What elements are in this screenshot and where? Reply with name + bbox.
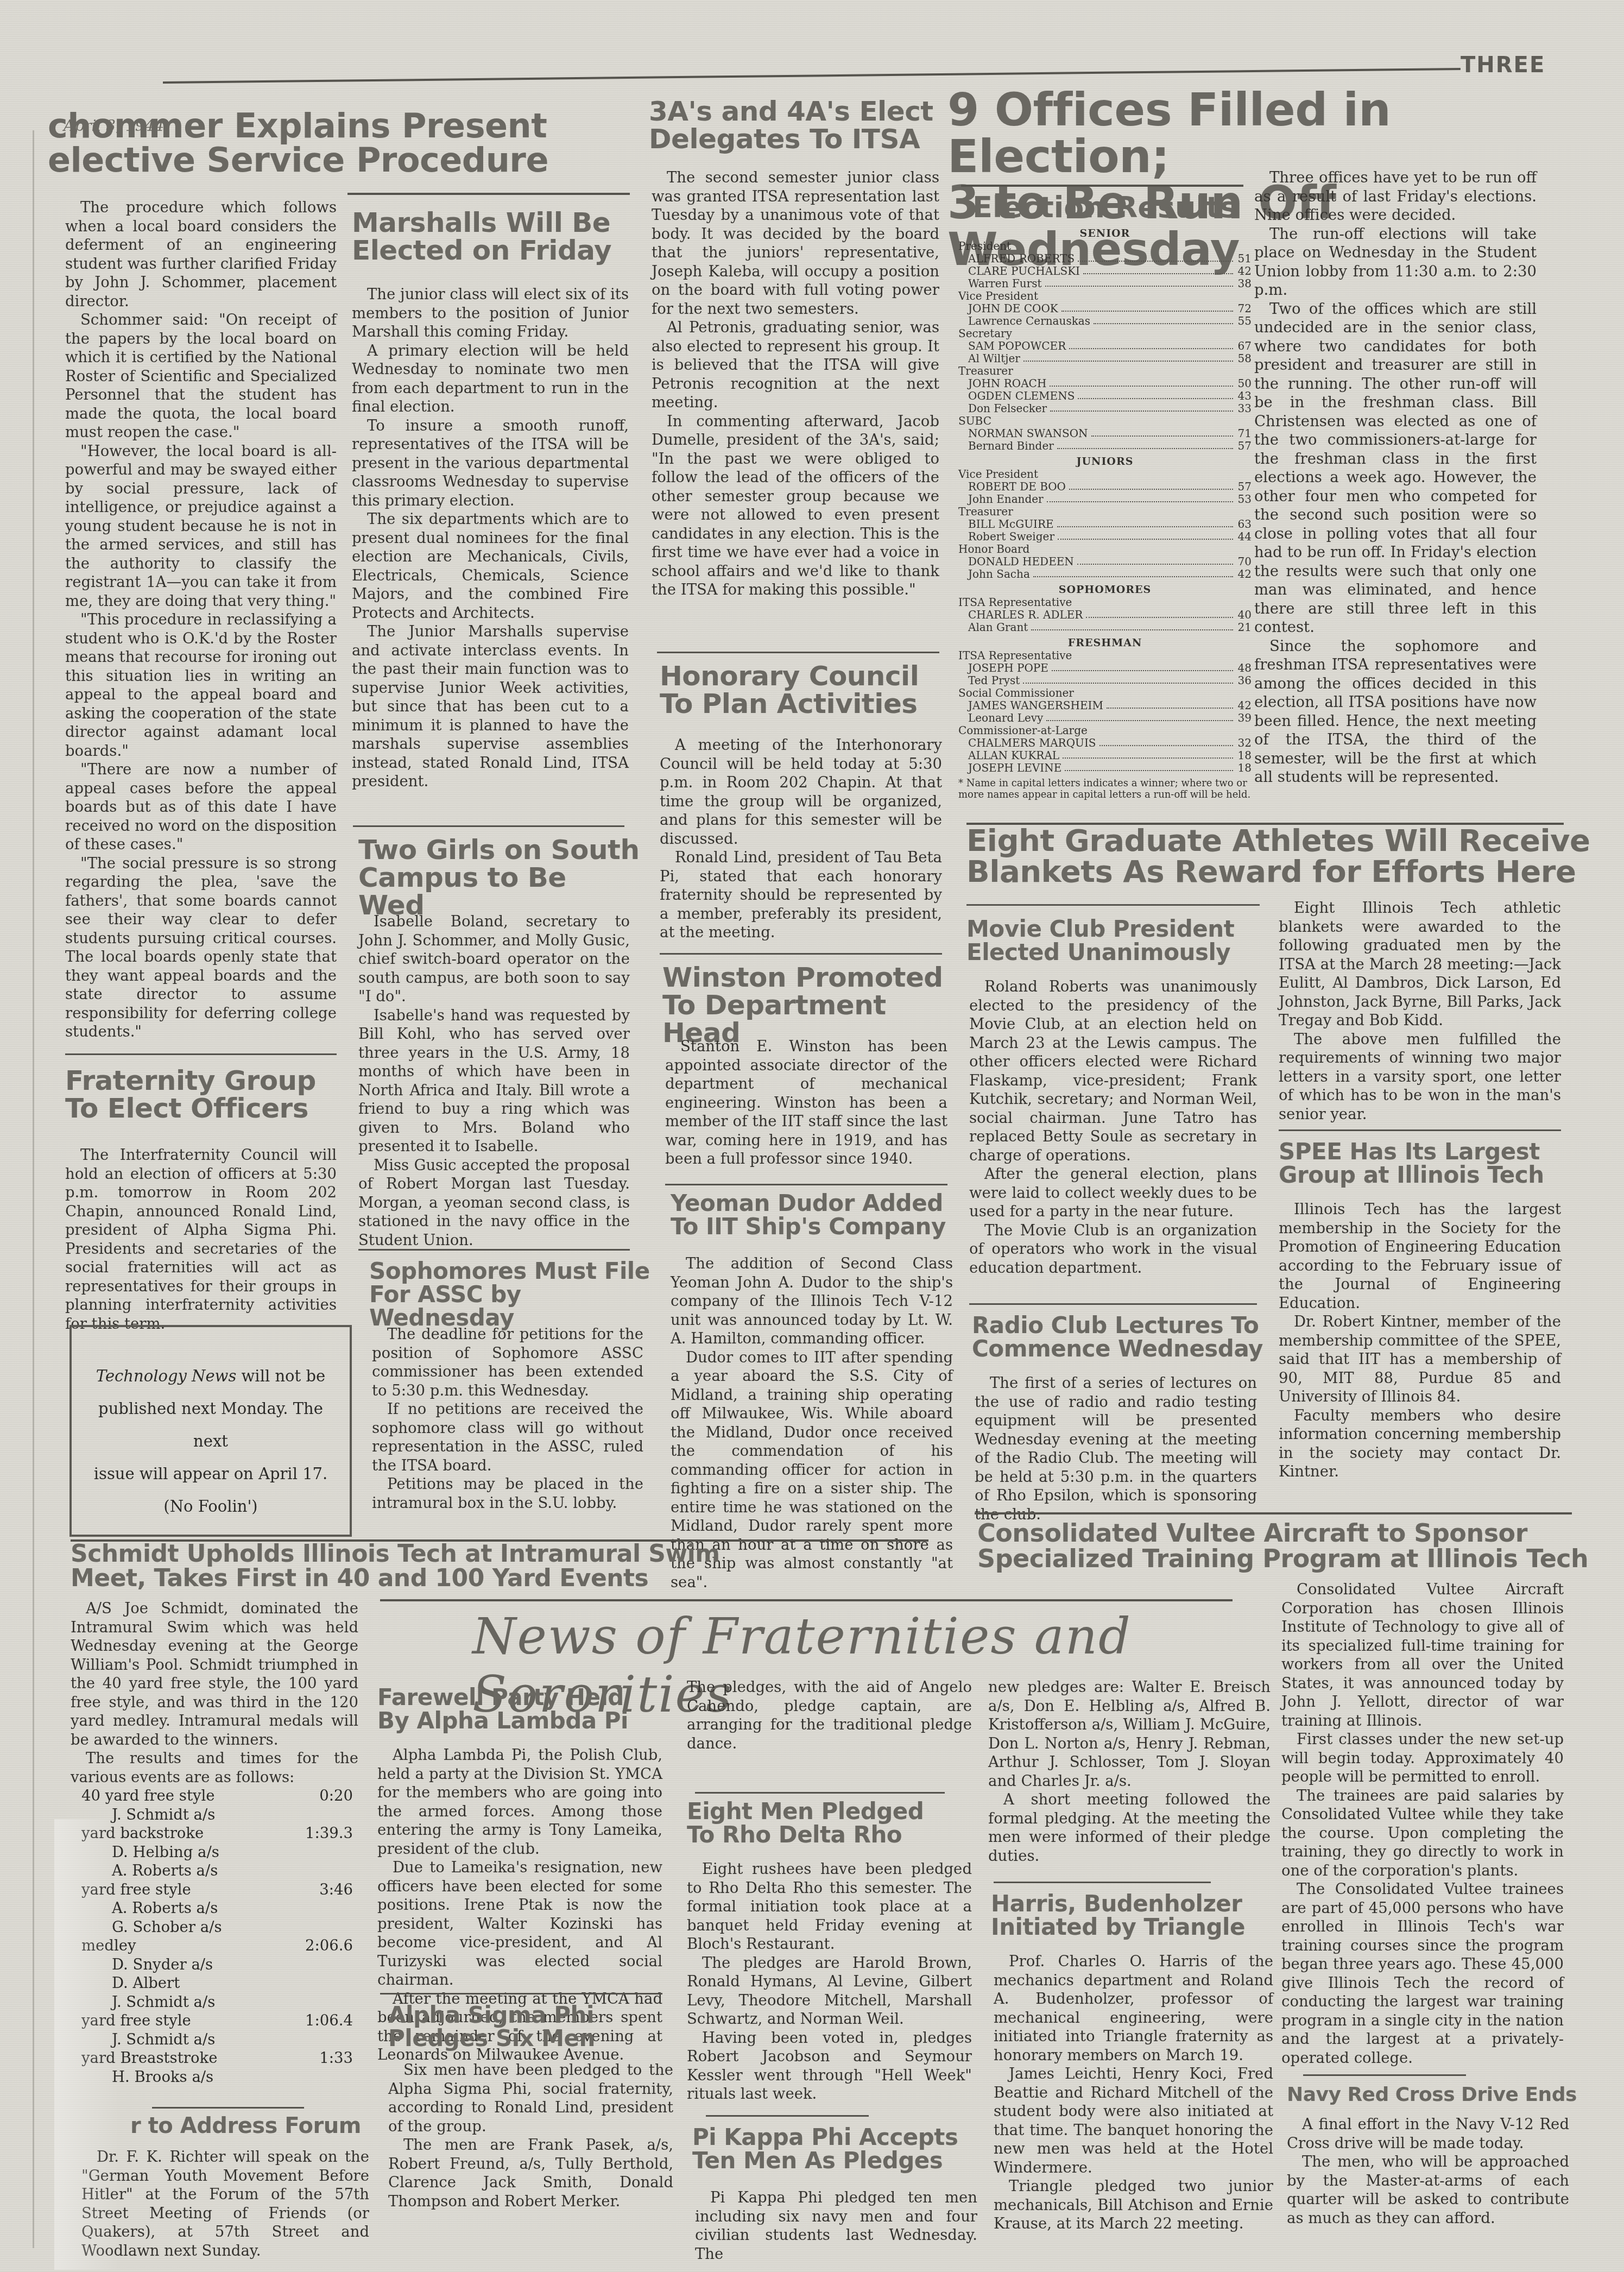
movie-club-body: Roland Roberts was unanimously elected t… (969, 977, 1257, 1277)
swimmer-name: D. Snyder a/s (81, 1955, 353, 1974)
candidate-row: Leonard Levy39 (958, 712, 1252, 724)
alpha-sigma-body: Six men have been pledged to the Alpha S… (388, 2061, 673, 2211)
candidate-row: Don Felsecker33 (958, 402, 1252, 415)
leader-dots (1077, 556, 1233, 565)
candidate-row: Ted Pryst36 (958, 674, 1252, 687)
candidate-name: OGDEN CLEMENS (968, 390, 1075, 402)
swim-event-row: yard free style1:06.4 (81, 2011, 353, 2030)
navy-red-cross-headline: Navy Red Cross Drive Ends (1287, 2085, 1591, 2105)
candidate-name: JOHN DE COOK (968, 302, 1058, 315)
swim-event-row: yard Breaststroke1:33 (81, 2049, 353, 2068)
radio-club-headline: Radio Club Lectures To Commence Wednesda… (972, 1314, 1276, 1361)
candidate-row: Al Wiltjer58 (958, 352, 1252, 365)
marshalls-body: The junior class will elect six of its m… (352, 285, 629, 791)
schommer-body: The procedure which follows when a local… (65, 198, 337, 1042)
candidate-name: Lawrence Cernauskas (968, 315, 1090, 327)
two-girls-headline: Two Girls on South Campus to Be Wed (358, 836, 641, 919)
candidate-row: DONALD HEDEEN70 (958, 556, 1252, 568)
candidate-name: Alan Grant (968, 621, 1028, 634)
class-heading: FRESHMAN (958, 637, 1252, 649)
yeoman-headline: Yeoman Dudor Added To IIT Ship's Company (671, 1192, 964, 1239)
candidate-row: SAM POPOWCER67 (958, 340, 1252, 352)
vote-count: 32 (1236, 737, 1252, 749)
vote-count: 42 (1236, 568, 1252, 580)
office-label: Treasurer (958, 506, 1252, 518)
sophomores-headline: Sophomores Must File For ASSC by Wednesd… (369, 1260, 652, 1329)
candidate-row: JOHN DE COOK72 (958, 302, 1252, 315)
leader-dots (1078, 390, 1233, 399)
vote-count: 71 (1236, 427, 1252, 440)
vote-count: 50 (1236, 377, 1252, 390)
swimmer-name: J. Schmidt a/s (81, 1993, 353, 2012)
leader-dots (1058, 531, 1233, 540)
divider (969, 1303, 1257, 1305)
vote-count: 57 (1236, 481, 1252, 493)
vote-count: 63 (1236, 518, 1252, 531)
vote-count: 51 (1236, 253, 1252, 265)
candidate-row: ROBERT DE BOO57 (958, 481, 1252, 493)
candidate-row: Bernard Binder57 (958, 440, 1252, 452)
vote-count: 40 (1236, 609, 1252, 621)
divider (1279, 1129, 1561, 1131)
leader-dots (1086, 609, 1233, 618)
vote-count: 38 (1236, 277, 1252, 290)
schmidt-headline: Schmidt Upholds Illinois Tech at Intramu… (71, 1542, 722, 1591)
vote-count: 57 (1236, 440, 1252, 452)
event-time: 1:06.4 (305, 2011, 353, 2030)
vote-count: 70 (1236, 556, 1252, 568)
vote-count: 48 (1236, 662, 1252, 674)
office-label: Vice President (958, 290, 1252, 302)
candidate-row: JOHN ROACH50 (958, 377, 1252, 390)
leader-dots (1069, 481, 1233, 490)
leader-dots (1099, 737, 1234, 746)
candidate-row: CHALMERS MARQUIS32 (958, 737, 1252, 749)
schmidt-body: A/S Joe Schmidt, dominated the Intramura… (71, 1599, 358, 1787)
schommer-headline: chommer Explains Present elective Servic… (48, 109, 591, 177)
forum-body: Dr. F. K. Richter will speak on the "Ger… (81, 2148, 369, 2260)
leader-dots (1063, 749, 1233, 759)
swimmer-name: D. Albert (81, 1974, 353, 1993)
leader-dots (1023, 352, 1233, 362)
leader-dots (1023, 674, 1233, 684)
candidate-name: Leonard Levy (968, 712, 1043, 724)
candidate-row: John Enander53 (958, 493, 1252, 506)
notice-box: Technology News will not be published ne… (69, 1325, 352, 1537)
leader-dots (1046, 712, 1233, 721)
leader-dots (1094, 315, 1233, 324)
swimmer-name: A. Roberts a/s (81, 1899, 353, 1918)
office-label: Social Commissioner (958, 687, 1252, 699)
leader-dots (1057, 440, 1233, 449)
leader-dots (1057, 518, 1233, 527)
divider (358, 1249, 630, 1251)
candidate-name: CHALMERS MARQUIS (968, 737, 1096, 749)
candidate-name: John Enander (968, 493, 1044, 506)
office-label: Honor Board (958, 543, 1252, 556)
divider (152, 2107, 304, 2109)
navy-red-cross-body: A final effort in the Navy V-12 Red Cros… (1287, 2115, 1569, 2227)
vote-count: 44 (1236, 531, 1252, 543)
leader-dots (1091, 427, 1233, 437)
office-label: President (958, 240, 1252, 253)
page-number: THREE (1461, 53, 1545, 78)
publication-name: Technology News (96, 1367, 236, 1385)
vote-count: 33 (1236, 402, 1252, 415)
candidate-row: JAMES WANGERSHEIM42 (958, 699, 1252, 712)
vote-count: 36 (1236, 674, 1252, 687)
office-label: Treasurer (958, 365, 1252, 377)
alpha-sigma-headline: Alpha Sigma Phi Pledges Six Men (388, 2004, 681, 2050)
nine-offices-body: Three offices have yet to be run off as … (1254, 168, 1537, 787)
honorary-headline: Honorary Council To Plan Activities (660, 662, 953, 718)
candidate-name: JOSEPH LEVINE (968, 762, 1061, 774)
pi-kappa-headline: Pi Kappa Phi Accepts Ten Men As Pledges (692, 2126, 985, 2173)
candidate-row: Robert Sweiger44 (958, 531, 1252, 543)
election-results-list: SENIORPresidentALFRED ROBERTS51CLARE PUC… (958, 228, 1252, 800)
swim-event-row: yard free style3:46 (81, 1880, 353, 1899)
event-time: 1:39.3 (305, 1824, 353, 1843)
vote-count: 55 (1236, 315, 1252, 327)
candidate-name: Don Felsecker (968, 402, 1047, 415)
candidate-row: ALFRED ROBERTS51 (958, 253, 1252, 265)
forum-headline: r to Address Forum (130, 2115, 380, 2137)
vote-count: 53 (1236, 493, 1252, 506)
fold-edge (33, 130, 34, 2248)
swim-results-list: 40 yard free style0:20J. Schmidt a/syard… (81, 1787, 353, 2086)
candidate-name: John Sacha (968, 568, 1030, 580)
spee-body: Illinois Tech has the largest membership… (1279, 1200, 1561, 1481)
class-heading: SOPHOMORES (958, 584, 1252, 596)
office-label: Vice President (958, 468, 1252, 481)
candidate-name: NORMAN SWANSON (968, 427, 1088, 440)
election-results-table: Election Results SENIORPresidentALFRED R… (958, 190, 1252, 800)
leader-dots (1050, 402, 1233, 412)
event-time: 2:06.6 (305, 1936, 353, 1955)
candidate-name: Robert Sweiger (968, 531, 1054, 543)
candidate-row: OGDEN CLEMENS43 (958, 390, 1252, 402)
farewell-headline: Farewell Party Held By Alpha Lambda Pi (377, 1686, 671, 1733)
event-time: 0:20 (319, 1787, 353, 1806)
swimmer-name: J. Schmidt a/s (81, 2030, 353, 2049)
vote-count: 18 (1236, 749, 1252, 762)
leader-dots (1033, 568, 1233, 577)
event-time: 3:46 (319, 1880, 353, 1899)
athletes-headline: Eight Graduate Athletes Will Receive Bla… (966, 825, 1591, 887)
office-label: ITSA Representative (958, 596, 1252, 609)
candidate-row: Warren Furst38 (958, 277, 1252, 290)
divider (347, 193, 630, 195)
leader-dots (1052, 662, 1233, 671)
divider (660, 953, 942, 955)
event-time: 1:33 (319, 2049, 353, 2068)
vote-count: 21 (1236, 621, 1252, 634)
honorary-body: A meeting of the Interhonorary Council w… (660, 736, 942, 942)
office-label: ITSA Representative (958, 649, 1252, 662)
delegates-body: The second semester junior class was gra… (652, 168, 939, 599)
vote-count: 43 (1236, 390, 1252, 402)
candidate-name: CLARE PUCHALSKI (968, 265, 1080, 277)
candidate-name: Al Wiltjer (968, 352, 1020, 365)
leader-dots (1045, 277, 1233, 287)
triangle-headline: Harris, Budenholzer Initiated by Triangl… (991, 1892, 1284, 1939)
divider (65, 1053, 337, 1055)
swim-event-row: medley2:06.6 (81, 1936, 353, 1955)
results-footnote: * Name in capital letters indicates a wi… (958, 778, 1252, 800)
newspaper-page: April 3, 1944 THREE chommer Explains Pre… (0, 0, 1624, 2272)
sophomores-body: The deadline for petitions for the posit… (372, 1325, 643, 1512)
event-name: 40 yard free style (81, 1787, 215, 1806)
office-label: Commissioner-at-Large (958, 724, 1252, 737)
divider (1303, 2074, 1466, 2076)
class-heading: JUNIORS (958, 456, 1252, 468)
office-label: SUBC (958, 415, 1252, 427)
radio-club-body: The first of a series of lectures on the… (975, 1374, 1257, 1524)
leader-dots (1050, 377, 1233, 387)
vote-count: 42 (1236, 699, 1252, 712)
swimmer-name: H. Brooks a/s (81, 2068, 353, 2087)
vote-count: 18 (1236, 762, 1252, 774)
leader-dots (1107, 699, 1233, 709)
swimmer-name: A. Roberts a/s (81, 1861, 353, 1880)
fraternity-group-headline: Fraternity Group To Elect Officers (65, 1067, 347, 1122)
swim-event-row: yard backstroke1:39.3 (81, 1824, 353, 1843)
vote-count: 42 (1236, 265, 1252, 277)
winston-body: Stanton E. Winston has been appointed as… (665, 1037, 947, 1169)
leader-dots (1078, 253, 1233, 262)
candidate-row: CHARLES R. ADLER40 (958, 609, 1252, 621)
vultee-headline: Consolidated Vultee Aircraft to Sponsor … (977, 1520, 1602, 1572)
vote-count: 58 (1236, 352, 1252, 365)
candidate-name: Bernard Binder (968, 440, 1054, 452)
masthead-rule (163, 68, 1461, 84)
candidate-row: JOSEPH POPE48 (958, 662, 1252, 674)
vote-count: 72 (1236, 302, 1252, 315)
fraternity-group-body: The Interfraternity Council will hold an… (65, 1146, 337, 1333)
candidate-row: CLARE PUCHALSKI42 (958, 265, 1252, 277)
athletes-body: Eight Illinois Tech athletic blankets we… (1279, 899, 1561, 1124)
spee-headline: SPEE Has Its Largest Group at Illinois T… (1279, 1140, 1583, 1187)
leader-dots (1031, 621, 1233, 630)
divider (966, 904, 1260, 906)
candidate-row: NORMAN SWANSON71 (958, 427, 1252, 440)
office-label: Secretary (958, 327, 1252, 340)
candidate-name: Warren Furst (968, 277, 1042, 290)
candidate-row: BILL McGUIRE63 (958, 518, 1252, 531)
leader-dots (1083, 265, 1233, 274)
candidate-name: CHARLES R. ADLER (968, 609, 1083, 621)
divider (657, 652, 939, 653)
candidate-name: ALFRED ROBERTS (968, 253, 1075, 265)
candidate-name: Ted Pryst (968, 674, 1020, 687)
leader-dots (1047, 493, 1233, 502)
candidate-name: BILL McGUIRE (968, 518, 1054, 531)
vote-count: 67 (1236, 340, 1252, 352)
leader-dots (1069, 340, 1233, 349)
rho-delta-headline: Eight Men Pledged To Rho Delta Rho (687, 1800, 980, 1847)
divider (994, 1882, 1211, 1883)
movie-club-headline: Movie Club President Elected Unanimously (966, 918, 1271, 964)
candidate-row: Alan Grant21 (958, 621, 1252, 634)
candidate-name: JOSEPH POPE (968, 662, 1048, 674)
winston-headline: Winston Promoted To Department Head (662, 964, 956, 1047)
class-heading: SENIOR (958, 228, 1252, 240)
marshalls-headline: Marshalls Will Be Elected on Friday (352, 209, 634, 264)
rho-delta-body: Eight rushees have been pledged to Rho D… (687, 1860, 972, 2104)
vultee-body: Consolidated Vultee Aircraft Corporation… (1281, 1580, 1564, 2067)
new-pledges-body: new pledges are: Walter E. Breisch a/s, … (988, 1678, 1271, 1865)
alpha-sigma-body-continued: The pledges, with the aid of Angelo Cahe… (687, 1678, 972, 1753)
pi-kappa-body: Pi Kappa Phi pledged ten men including s… (695, 2188, 977, 2263)
divider (665, 1184, 947, 1185)
divider (706, 2115, 869, 2117)
candidate-name: JAMES WANGERSHEIM (968, 699, 1103, 712)
divider (961, 185, 1243, 187)
divider (353, 825, 624, 827)
swimmer-name: J. Schmidt a/s (81, 1806, 353, 1825)
candidate-name: JOHN ROACH (968, 377, 1046, 390)
candidate-name: ALLAN KUKRAL (968, 749, 1059, 762)
candidate-row: John Sacha42 (958, 568, 1252, 580)
candidate-name: SAM POPOWCER (968, 340, 1066, 352)
swimmer-name: D. Helbing a/s (81, 1843, 353, 1862)
candidate-row: JOSEPH LEVINE18 (958, 762, 1252, 774)
divider (695, 1792, 945, 1794)
candidate-name: ROBERT DE BOO (968, 481, 1066, 493)
divider (380, 1993, 662, 1995)
candidate-row: Lawrence Cernauskas55 (958, 315, 1252, 327)
leader-dots (1061, 302, 1233, 312)
triangle-body: Prof. Charles O. Harris of the mechanics… (994, 1952, 1273, 2233)
swim-event-row: 40 yard free style0:20 (81, 1787, 353, 1806)
vote-count: 39 (1236, 712, 1252, 724)
paper-fold (54, 1819, 119, 2270)
swimmer-name: G. Schober a/s (81, 1918, 353, 1937)
candidate-row: ALLAN KUKRAL18 (958, 749, 1252, 762)
divider (975, 1512, 1572, 1514)
two-girls-body: Isabelle Boland, secretary to John J. Sc… (358, 912, 630, 1249)
leader-dots (1065, 762, 1233, 771)
election-results-title: Election Results (958, 190, 1252, 224)
banner-rule (380, 1599, 1233, 1601)
delegates-headline: 3A's and 4A's Elect Delegates To ITSA (649, 98, 942, 153)
candidate-name: DONALD HEDEEN (968, 556, 1074, 568)
